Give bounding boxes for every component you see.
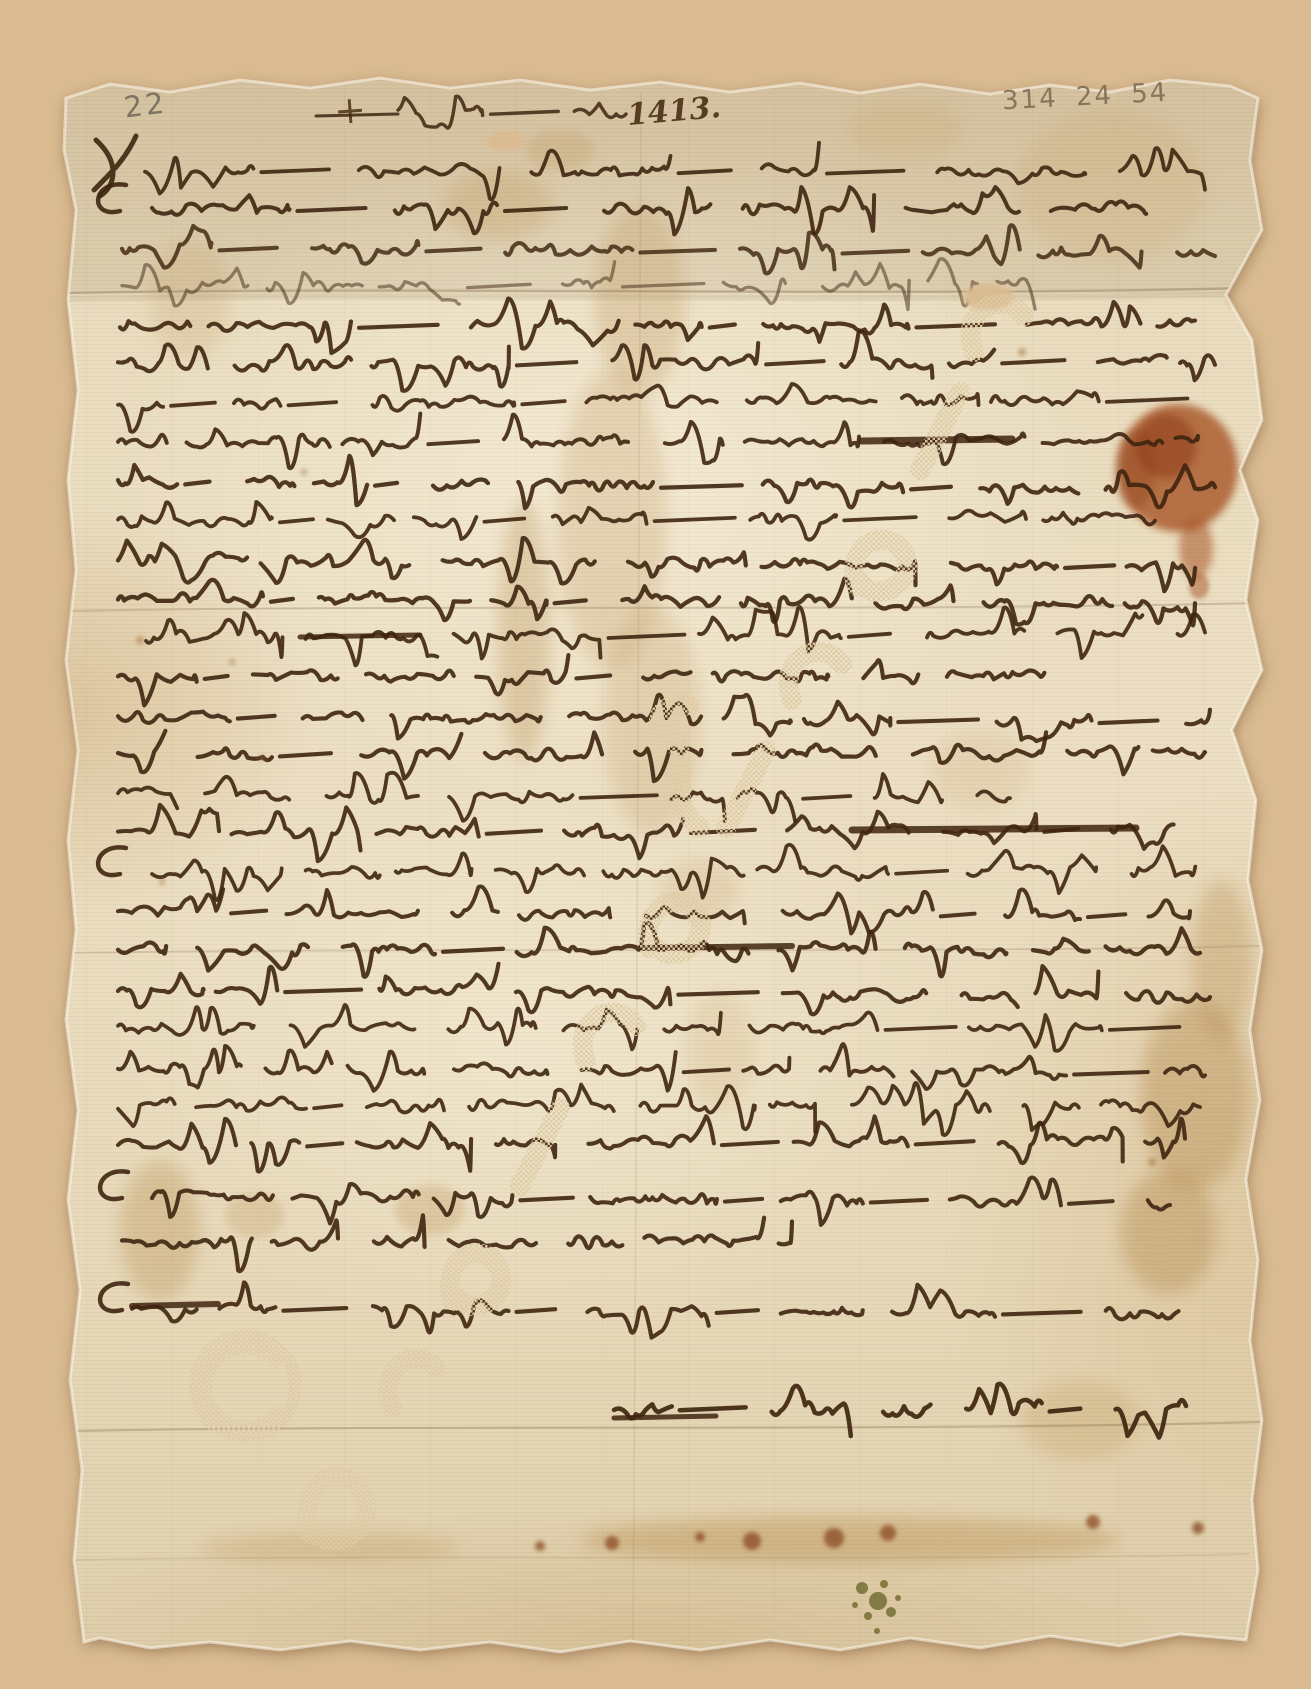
watermark-glyph xyxy=(307,1477,367,1541)
strikeout-stroke xyxy=(614,1416,716,1418)
invocation-cross: + xyxy=(333,87,368,133)
manuscript-overlay xyxy=(0,0,1311,1689)
strikeout-stroke xyxy=(300,635,420,637)
handwriting-line xyxy=(118,964,1210,1014)
copyright-watermark-icon xyxy=(195,1336,295,1436)
handwriting-line xyxy=(118,1116,1185,1171)
handwriting-line xyxy=(118,1044,1205,1091)
paragraph-flourish xyxy=(98,847,126,875)
opening-flourish xyxy=(94,136,136,196)
handwriting-line xyxy=(122,259,1035,310)
strikeout-stroke xyxy=(852,828,1136,830)
watermark-glyph xyxy=(971,304,1024,352)
watermark-glyph xyxy=(388,1359,436,1408)
handwriting-line xyxy=(398,96,626,128)
scan-backdrop: 22 314 24 54 + 1413. xyxy=(0,0,1311,1689)
handwriting-line xyxy=(132,1282,1179,1337)
clipped-artwork xyxy=(66,92,1260,1640)
folio-number-pencil: 22 xyxy=(122,86,169,125)
handwriting-line xyxy=(118,655,1044,705)
watermark-glyph xyxy=(648,902,701,954)
watermark-glyph xyxy=(450,1253,501,1306)
paragraph-flourish xyxy=(100,1171,128,1199)
watermark-glyph xyxy=(726,750,766,828)
paragraph-flourish xyxy=(100,1283,128,1311)
handwriting-line xyxy=(152,1178,1170,1225)
paragraph-flourish xyxy=(98,184,126,212)
handwriting-line xyxy=(118,1005,1180,1051)
strikeout-stroke xyxy=(132,1304,218,1306)
